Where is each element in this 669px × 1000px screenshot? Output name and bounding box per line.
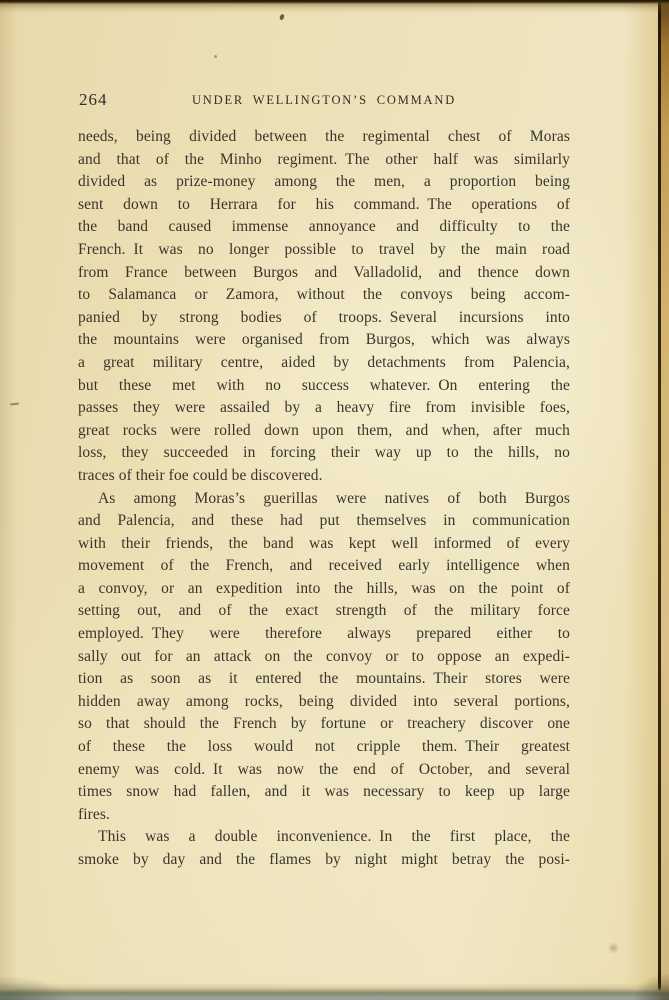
text-line: divided as prize-money among the men, a … [78, 171, 570, 194]
text-line: and that of the Minho regiment. The othe… [78, 149, 570, 172]
bottom-right-corner-shadow [635, 974, 669, 1000]
text-block: 264 UNDER WELLINGTON’S COMMAND needs, be… [78, 90, 570, 872]
text-line: employed. They were therefore always pre… [78, 623, 570, 646]
running-title: UNDER WELLINGTON’S COMMAND [78, 90, 570, 108]
paragraph: This was a double inconvenience. In the … [78, 826, 570, 871]
text-line: hidden away among rocks, being divided i… [78, 691, 570, 714]
text-line: and Palencia, and these had put themselv… [78, 510, 570, 533]
text-line: but these met with no success whatever. … [78, 375, 570, 398]
paragraph: needs, being divided between the regimen… [78, 126, 570, 488]
page-header: 264 UNDER WELLINGTON’S COMMAND [78, 90, 570, 109]
left-edge-shadow [0, 0, 18, 988]
top-edge-shadow [0, 0, 669, 13]
paragraph: As among Moras’s guerillas were natives … [78, 488, 570, 827]
page-number: 264 [79, 90, 108, 110]
text-line: fires. [78, 804, 570, 827]
text-line: from France between Burgos and Valladoli… [78, 262, 570, 285]
text-line: times snow had fallen, and it was necess… [78, 781, 570, 804]
text-line: loss, they succeeded in forcing their wa… [78, 442, 570, 465]
ink-speck [214, 55, 217, 58]
text-line: tion as soon as it entered the mountains… [78, 668, 570, 691]
bottom-left-corner-shadow [0, 976, 70, 1000]
text-line: so that should the French by fortune or … [78, 713, 570, 736]
text-line: traces of their foe could be discovered. [78, 465, 570, 488]
text-line: the mountains were organised from Burgos… [78, 329, 570, 352]
body-text: needs, being divided between the regimen… [78, 126, 570, 872]
text-line: a great military centre, aided by detach… [78, 352, 570, 375]
page-edge-gilt-sliver [661, 0, 669, 994]
book-page-scan: 264 UNDER WELLINGTON’S COMMAND needs, be… [0, 0, 669, 1000]
text-line: panied by strong bodies of troops. Sever… [78, 307, 570, 330]
paper-stain [608, 942, 619, 954]
text-line: a convoy, or an expedition into the hill… [78, 578, 570, 601]
text-line: As among Moras’s guerillas were natives … [78, 488, 570, 511]
text-line: to Salamanca or Zamora, without the conv… [78, 284, 570, 307]
bottom-table-edge [0, 983, 669, 1000]
text-line: sent down to Herrara for his command. Th… [78, 194, 570, 217]
right-edge-highlight [624, 0, 658, 988]
text-line: setting out, and of the exact strength o… [78, 600, 570, 623]
text-line: with their friends, the band was kept we… [78, 533, 570, 556]
text-line: needs, being divided between the regimen… [78, 126, 570, 149]
text-line: enemy was cold. It was now the end of Oc… [78, 759, 570, 782]
text-line: This was a double inconvenience. In the … [78, 826, 570, 849]
text-line: the band caused immense annoyance and di… [78, 216, 570, 239]
text-line: of these the loss would not cripple them… [78, 736, 570, 759]
text-line: smoke by day and the flames by night mig… [78, 849, 570, 872]
text-line: movement of the French, and received ear… [78, 555, 570, 578]
text-line: French. It was no longer possible to tra… [78, 239, 570, 262]
text-line: great rocks were rolled down upon them, … [78, 420, 570, 443]
text-line: sally out for an attack on the convoy or… [78, 646, 570, 669]
text-line: passes they were assailed by a heavy fir… [78, 397, 570, 420]
